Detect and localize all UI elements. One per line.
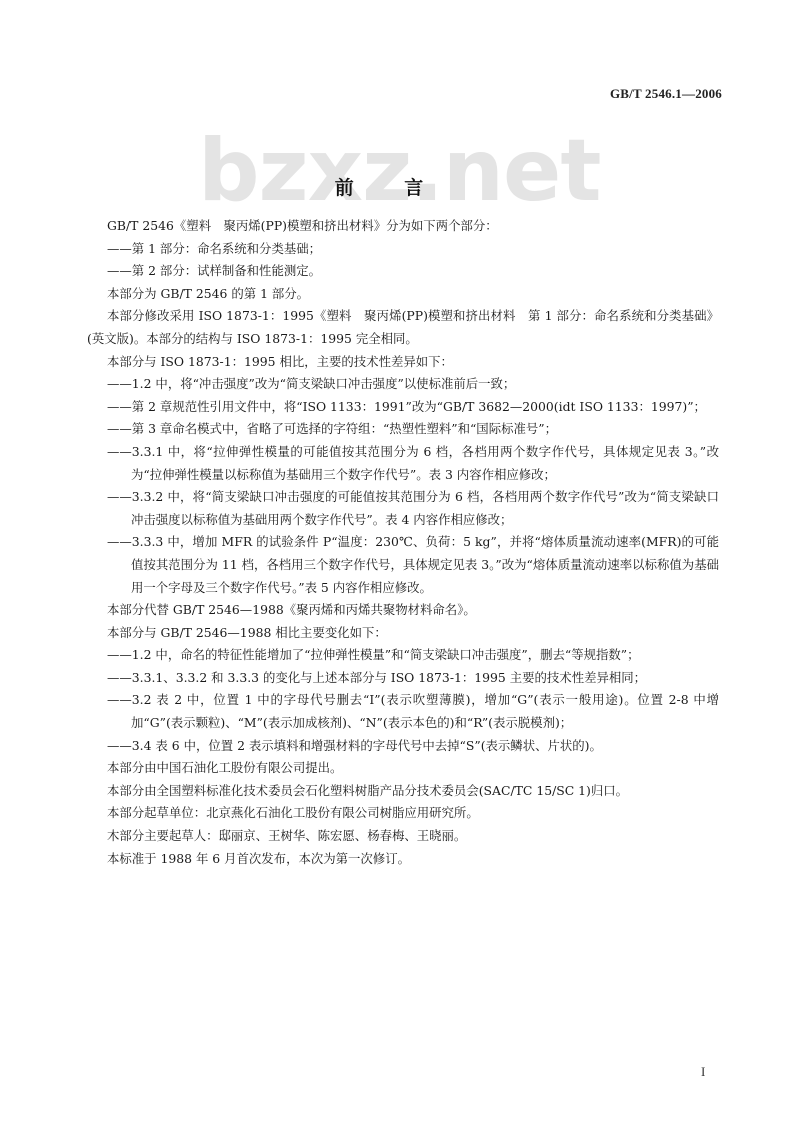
paragraph: 本部分由中国石油化工股份有限公司提出。 — [87, 757, 719, 780]
paragraph: 本部分代替 GB/T 2546—1988《聚丙烯和丙烯共聚物材料命名》。 — [87, 599, 719, 622]
standard-code: GB/T 2546.1—2006 — [610, 86, 722, 102]
foreword-body: GB/T 2546《塑料 聚丙烯(PP)模塑和挤出材料》分为如下两个部分： ——… — [87, 215, 719, 870]
list-item: ——第 1 部分：命名系统和分类基础； — [87, 238, 719, 261]
list-item: ——3.4 表 6 中，位置 2 表示填料和增强材料的字母代号中去掉“S”(表示… — [87, 735, 719, 758]
list-item: ——第 2 部分：试样制备和性能测定。 — [87, 260, 719, 283]
list-item: ——1.2 中，将“冲击强度”改为“简支梁缺口冲击强度”以使标准前后一致； — [87, 373, 719, 396]
list-item: ——第 2 章规范性引用文件中，将“ISO 1133：1991”改为“GB/T … — [87, 396, 719, 419]
paragraph: 本部分与 ISO 1873-1：1995 相比，主要的技术性差异如下： — [87, 351, 719, 374]
page-number: I — [701, 1064, 705, 1080]
paragraph: 本部分由全国塑料标准化技术委员会石化塑料树脂产品分技术委员会(SAC/TC 15… — [87, 780, 719, 803]
paragraph: 本部分与 GB/T 2546—1988 相比主要变化如下： — [87, 622, 719, 645]
list-item: ——第 3 章命名模式中，省略了可选择的字符组：“热塑性塑料”和“国际标准号”； — [87, 418, 719, 441]
paragraph: 木部分主要起草人：邸丽京、王树华、陈宏愿、杨春梅、王晓丽。 — [87, 825, 719, 848]
list-item: ——1.2 中，命名的特征性能增加了“拉伸弹性模量”和“简支梁缺口冲击强度”，删… — [87, 644, 719, 667]
list-item: ——3.3.1、3.3.2 和 3.3.3 的变化与上述本部分与 ISO 187… — [87, 667, 719, 690]
list-item: ——3.3.1 中，将“拉伸弹性模量的可能值按其范围分为 6 档，各档用两个数字… — [87, 441, 719, 486]
paragraph: 本部分起草单位：北京燕化石油化工股份有限公司树脂应用研究所。 — [87, 802, 719, 825]
page-title: 前 言 — [0, 173, 780, 200]
watermark: bzxz.net — [198, 126, 560, 216]
list-item: ——3.3.3 中，增加 MFR 的试验条件 P“温度：230℃、负荷：5 kg… — [87, 531, 719, 599]
paragraph: 本标准于 1988 年 6 月首次发布，本次为第一次修订。 — [87, 848, 719, 871]
paragraph: 本部分为 GB/T 2546 的第 1 部分。 — [87, 283, 719, 306]
list-item: ——3.2 表 2 中，位置 1 中的字母代号删去“I”(表示吹塑薄膜)，增加“… — [87, 689, 719, 734]
paragraph: GB/T 2546《塑料 聚丙烯(PP)模塑和挤出材料》分为如下两个部分： — [87, 215, 719, 238]
paragraph: 本部分修改采用 ISO 1873-1：1995《塑料 聚丙烯(PP)模塑和挤出材… — [87, 305, 719, 350]
list-item: ——3.3.2 中，将“简支梁缺口冲击强度的可能值按其范围分为 6 档，各档用两… — [87, 486, 719, 531]
